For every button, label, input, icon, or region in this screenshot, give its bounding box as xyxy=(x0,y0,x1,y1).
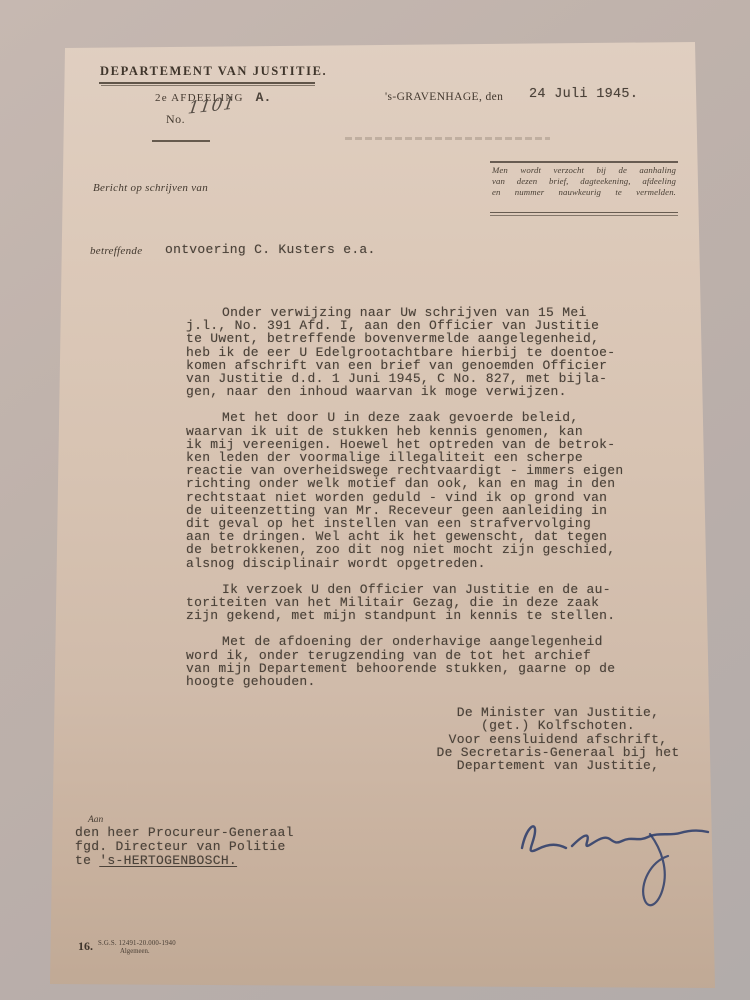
paragraph-4: Met de afdoening der onderhavige aangele… xyxy=(186,635,624,688)
closing-line-1: De Minister van Justitie, xyxy=(398,706,718,719)
number-label: No. xyxy=(166,112,185,127)
number-value-handwritten: 1101 xyxy=(187,93,237,118)
address-city: 's-HERTOGENBOSCH. xyxy=(99,853,237,868)
paragraph-2: Met het door U in deze zaak gevoerde bel… xyxy=(186,411,624,569)
address-line-1: den heer Procureur-Generaal xyxy=(75,826,294,840)
place-date-label: 's-GRAVENHAGE, den xyxy=(385,91,503,103)
department-heading: DEPARTEMENT VAN JUSTITIE. xyxy=(100,64,327,79)
closing-line-4: De Secretaris-Generaal bij het xyxy=(398,746,718,759)
notice-line-3: en nummer nauwkeurig te vermelden. xyxy=(492,187,676,198)
closing-block: De Minister van Justitie, (get.) Kolfsch… xyxy=(398,706,718,772)
print-code: S.G.S. 12491-20.000-1940 xyxy=(98,940,176,947)
closing-line-5: Departement van Justitie, xyxy=(398,759,718,772)
address-salutation: Aan xyxy=(88,815,103,825)
subject-label: betreffende xyxy=(90,245,142,257)
notice-line-2: van dezen brief, dagteekening, afdeeling xyxy=(492,176,676,187)
reply-reference-label: Bericht op schrijven van xyxy=(93,182,208,194)
photo-of-letter: { "colors": { "surface": "#bdb0a9", "pap… xyxy=(0,0,750,1000)
division-value-typed: A. xyxy=(256,90,272,105)
citation-notice: Men wordt verzocht bij de aanhaling van … xyxy=(490,162,678,201)
letter-paper: DEPARTEMENT VAN JUSTITIE. 2e AFDEELINGA.… xyxy=(48,40,718,992)
paragraph-1: Onder verwijzing naar Uw schrijven van 1… xyxy=(186,306,624,398)
letter-body: Onder verwijzing naar Uw schrijven van 1… xyxy=(186,306,624,701)
closing-line-3: Voor eensluidend afschrift, xyxy=(398,733,718,746)
faint-struck-line xyxy=(345,137,550,140)
paragraph-3: Ik verzoek U den Officier van Justitie e… xyxy=(186,583,624,623)
address-line-2: fgd. Directeur van Politie xyxy=(75,840,294,854)
address-city-prefix: te xyxy=(75,853,99,868)
form-number: 16. xyxy=(78,939,93,954)
address-line-3: te 's-HERTOGENBOSCH. xyxy=(75,854,294,868)
department-underline-2 xyxy=(101,85,315,86)
notice-rule-bottom xyxy=(490,212,678,213)
recipient-address: den heer Procureur-Generaal fgd. Directe… xyxy=(75,826,294,868)
number-rule xyxy=(152,140,210,142)
subject-value-typed: ontvoering C. Kusters e.a. xyxy=(165,242,376,257)
department-underline xyxy=(99,82,315,84)
closing-line-2: (get.) Kolfschoten. xyxy=(398,719,718,732)
notice-line-1: Men wordt verzocht bij de aanhaling xyxy=(492,165,676,176)
date-typed: 24 Juli 1945. xyxy=(529,87,638,102)
notice-rule-bottom-2 xyxy=(490,215,678,216)
signature-ink xyxy=(500,776,725,916)
print-code-sub: Algemeen. xyxy=(120,948,150,955)
